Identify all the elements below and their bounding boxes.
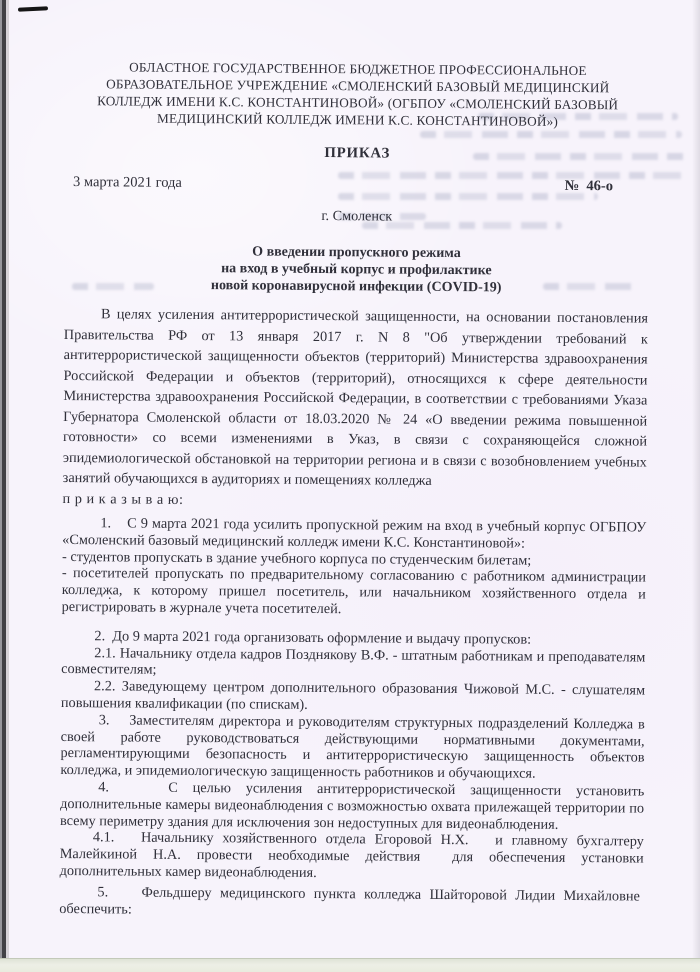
scanner-edge-left <box>0 0 10 972</box>
scanned-page: . ОБЛАСТНОЕ ГОСУДАРСТВЕННОЕ БЮДЖЕТНОЕ ПР… <box>0 0 700 972</box>
date-number-row: 3 марта 2021 года № 46-о <box>65 174 649 196</box>
document-number: № 46-о <box>565 178 614 195</box>
order-item: 3. Заместителям директора и руководителя… <box>60 712 645 784</box>
order-item: 2.1. Начальнику отдела кадров Позднякову… <box>61 645 645 683</box>
paper-bottom-edge <box>0 958 700 972</box>
order-item: 2.2. Заведующему центром дополнительного… <box>61 678 645 716</box>
ink-dash-mark <box>18 6 48 12</box>
subject-line: новой коронавирусной инфекции (COVID-19) <box>64 276 648 298</box>
decree-word: п р и к а з ы в а ю: <box>62 488 646 513</box>
scanner-edge-right <box>692 0 700 972</box>
preamble-paragraph: В целях усиления антитеррористической за… <box>63 304 648 493</box>
organization-name: ОБЛАСТНОЕ ГОСУДАРСТВЕННОЕ БЮДЖЕТНОЕ ПРОФ… <box>65 58 650 131</box>
order-item: 1. С 9 марта 2021 года усилить пропускно… <box>62 515 646 553</box>
document-subject: О введении пропускного режимана вход в у… <box>64 242 648 298</box>
document-city: г. Смоленск <box>65 206 649 228</box>
order-item: - посетителей пропускать по предваритель… <box>62 565 646 620</box>
document-body: ОБЛАСТНОЕ ГОСУДАРСТВЕННОЕ БЮДЖЕТНОЕ ПРОФ… <box>59 58 650 922</box>
order-item: 4. С целью усиления антитеррористической… <box>60 779 644 834</box>
document-type-title: ПРИКАЗ <box>65 143 649 165</box>
order-item: 5. Фельдшеру медицинского пункта колледж… <box>59 884 643 922</box>
order-item: 4.1. Начальнику хозяйственного отдела Ег… <box>60 829 644 884</box>
document-date: 3 марта 2021 года <box>65 174 182 192</box>
order-items: 1. С 9 марта 2021 года усилить пропускно… <box>59 515 646 922</box>
